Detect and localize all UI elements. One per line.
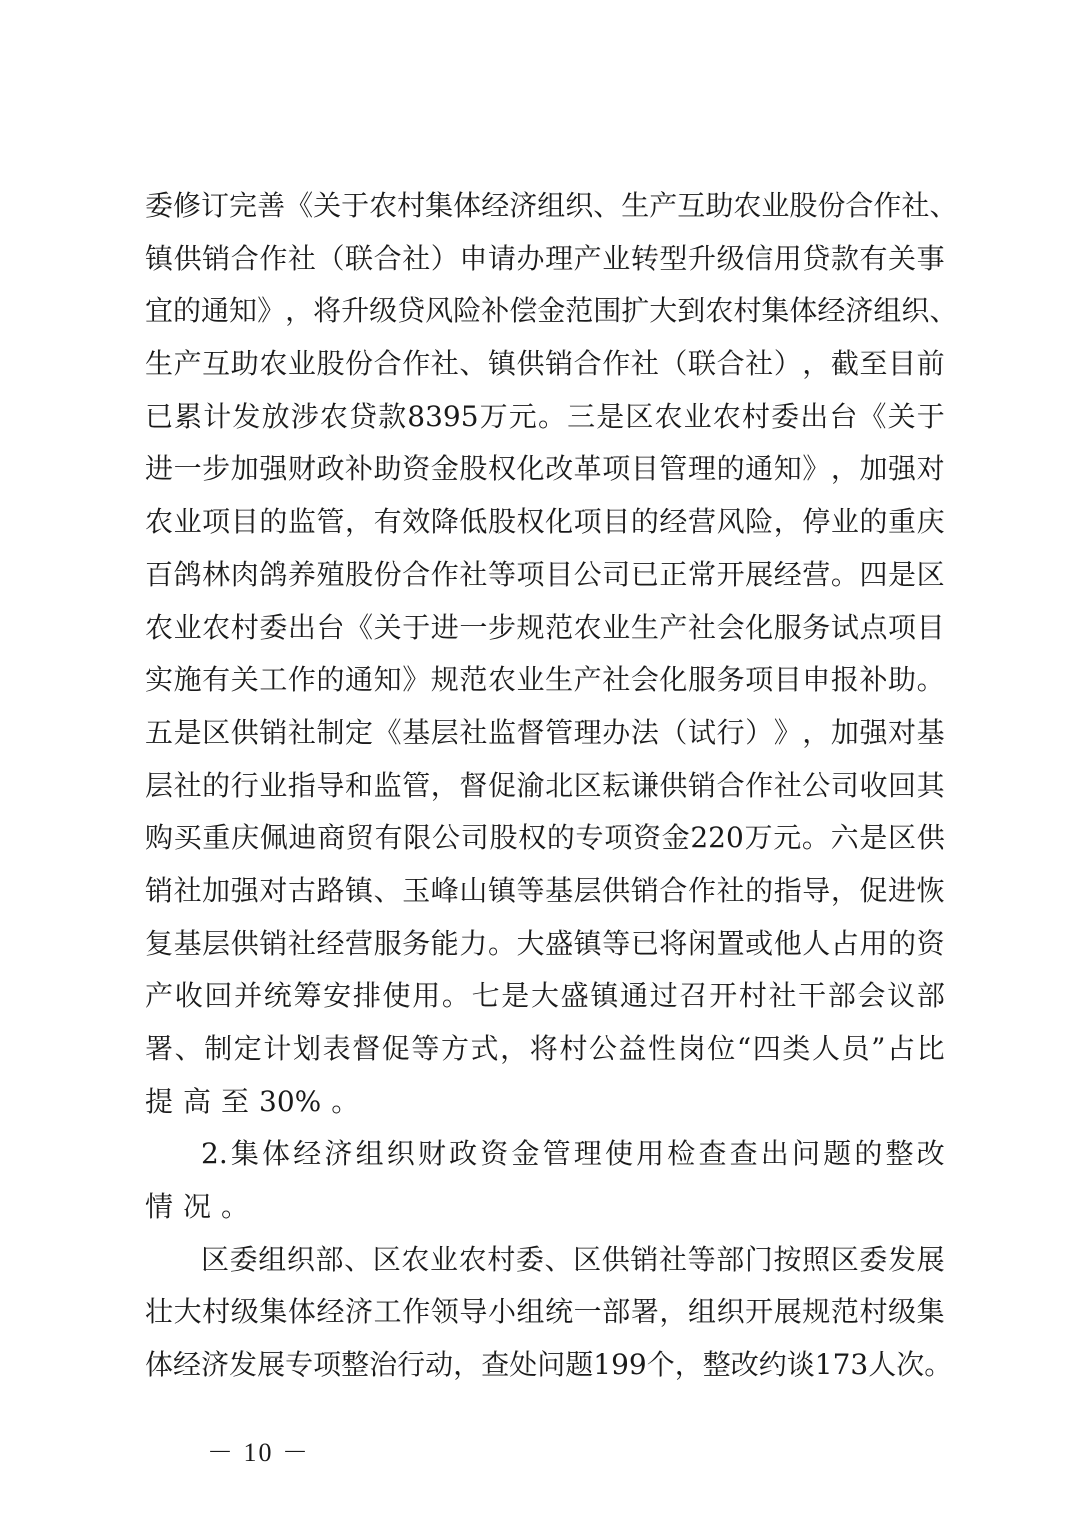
section-heading: 情况。 [145,1181,945,1234]
text-line: 复基层供销社经营服务能力。大盛镇等已将闲置或他人占用的资 [145,918,945,971]
text-line: 进一步加强财政补助资金股权化改革项目管理的通知》，加强对 [145,443,945,496]
text-line: 产收回并统筹安排使用。七是大盛镇通过召开村社干部会议部 [145,970,945,1023]
text-line: 委修订完善《关于农村集体经济组织、生产互助农业股份合作社、 [145,180,945,233]
text-line: 生产互助农业股份合作社、镇供销合作社（联合社），截至目前 [145,338,945,391]
text-line: 实施有关工作的通知》规范农业生产社会化服务项目申报补助。 [145,654,945,707]
text-line: 层社的行业指导和监管，督促渝北区耘谦供销合作社公司收回其 [145,760,945,813]
text-line: 署、制定计划表督促等方式，将村公益性岗位“四类人员”占比 [145,1023,945,1076]
text-line: 百鸽林肉鸽养殖股份合作社等项目公司已正常开展经营。四是区 [145,549,945,602]
text-line: 已累计发放涉农贷款8395万元。三是区农业农村委出台《关于 [145,391,945,444]
text-line: 镇供销合作社（联合社）申请办理产业转型升级信用贷款有关事 [145,233,945,286]
page-number: － 10 － [207,1432,310,1469]
document-page: 委修订完善《关于农村集体经济组织、生产互助农业股份合作社、 镇供销合作社（联合社… [0,0,1074,1520]
text-line: 购买重庆佩迪商贸有限公司股权的专项资金220万元。六是区供 [145,812,945,865]
text-line: 农业农村委出台《关于进一步规范农业生产社会化服务试点项目 [145,602,945,655]
body-text: 委修订完善《关于农村集体经济组织、生产互助农业股份合作社、 镇供销合作社（联合社… [145,180,945,1392]
text-line: 壮大村级集体经济工作领导小组统一部署，组织开展规范村级集 [145,1286,945,1339]
text-line: 宜的通知》，将升级贷风险补偿金范围扩大到农村集体经济组织、 [145,285,945,338]
text-line: 五是区供销社制定《基层社监督管理办法（试行）》，加强对基 [145,707,945,760]
text-line: 区委组织部、区农业农村委、区供销社等部门按照区委发展 [145,1234,945,1287]
text-line: 销社加强对古路镇、玉峰山镇等基层供销合作社的指导，促进恢 [145,865,945,918]
text-line: 提高至30%。 [145,1076,945,1129]
text-line: 体经济发展专项整治行动，查处问题199个，整改约谈173人次。 [145,1339,945,1392]
section-heading: 2.集体经济组织财政资金管理使用检查查出问题的整改 [145,1128,945,1181]
text-line: 农业项目的监管，有效降低股权化项目的经营风险，停业的重庆 [145,496,945,549]
